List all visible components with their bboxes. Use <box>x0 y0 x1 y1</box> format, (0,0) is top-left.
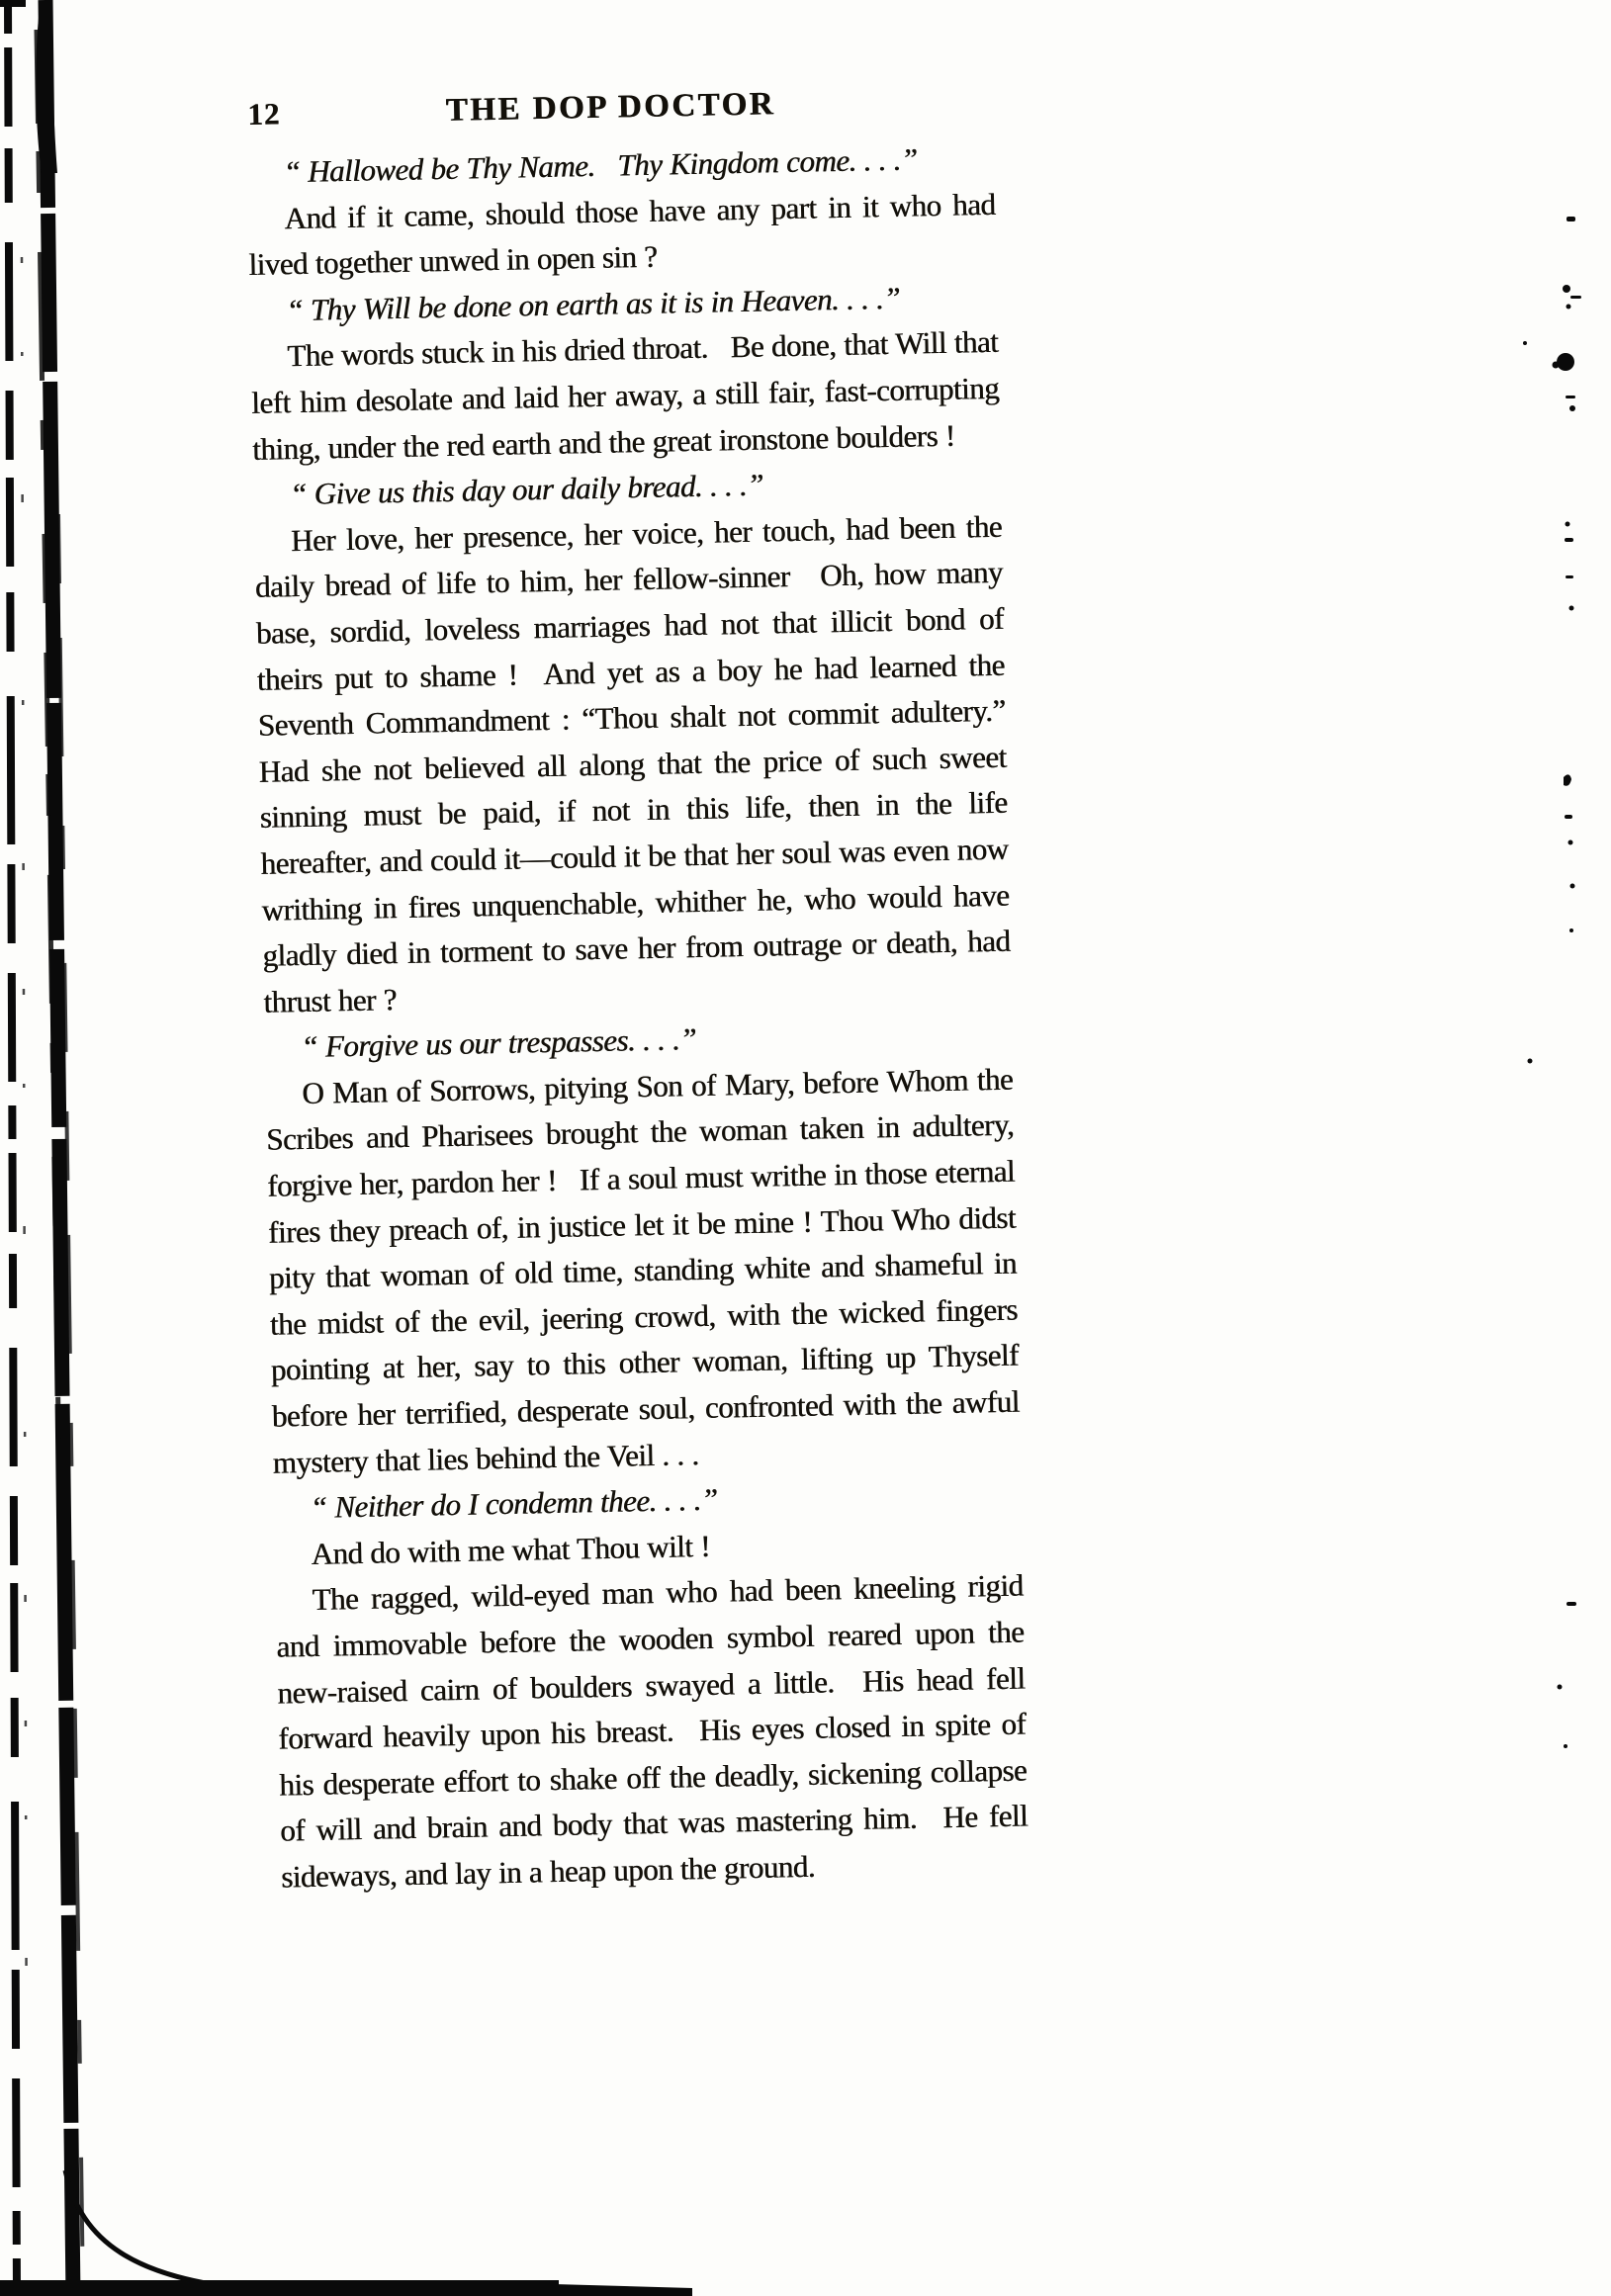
paragraph: And if it came, should those have any pa… <box>247 181 997 288</box>
paragraph: The words stuck in his dried throat. Be … <box>250 319 1001 473</box>
page-text: “ Hallowed be Thy Name. Thy Kingdom come… <box>246 135 1029 1900</box>
page-header: 12 THE DOP DOCTOR <box>245 82 994 144</box>
binding-band <box>45 0 73 2296</box>
paragraph: Her love, her presence, her voice, her t… <box>254 503 1012 1025</box>
binding-fray-left <box>37 30 59 1483</box>
left-edge-faint-line <box>22 257 27 2126</box>
paragraph: O Man of Sorrows, pitying Son of Mary, b… <box>265 1057 1021 1486</box>
right-margin-specks <box>1523 217 1581 1748</box>
left-edge-line <box>8 0 17 2296</box>
bottom-edge-taper <box>554 2284 692 2296</box>
running-title: THE DOP DOCTOR <box>245 82 976 133</box>
text-block: 12 THE DOP DOCTOR “ Hallowed be Thy Name… <box>245 82 1029 1900</box>
bottom-curve-mark <box>65 2170 255 2290</box>
paragraph: The ragged, wild-eyed man who had been k… <box>275 1563 1029 1900</box>
binding-top-blob <box>36 14 57 173</box>
corner-mark <box>0 0 26 7</box>
scanned-book-page: 12 THE DOP DOCTOR “ Hallowed be Thy Name… <box>0 0 1611 2296</box>
bottom-edge-band <box>0 2280 559 2296</box>
binding-fray-right <box>58 514 83 2296</box>
